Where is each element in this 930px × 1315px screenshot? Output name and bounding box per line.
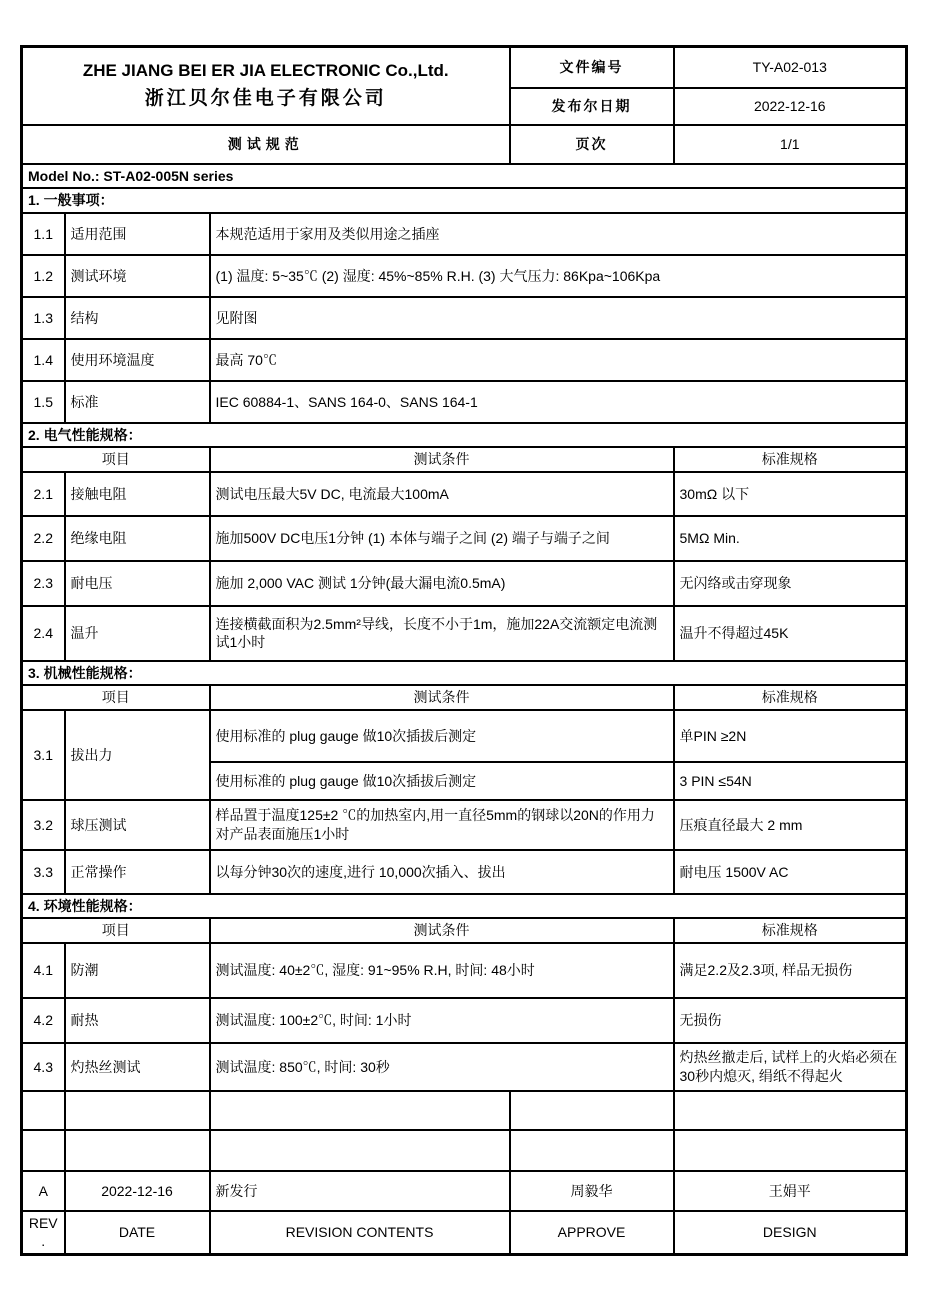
row-number: 2.3 xyxy=(22,561,65,606)
item-name: 防潮 xyxy=(65,943,210,998)
document-title: 测试规范 xyxy=(22,125,510,164)
section-4-title: 4. 环境性能规格： xyxy=(22,894,907,918)
row-number: 1.2 xyxy=(22,255,65,297)
table-row: 4.3 灼热丝测试 测试温度: 850℃, 时间: 30秒 灼热丝撤走后, 试样… xyxy=(22,1043,907,1091)
test-condition: 最高 70℃ xyxy=(210,339,907,381)
column-header-condition: 测试条件 xyxy=(210,918,674,942)
row-number: 2.1 xyxy=(22,472,65,516)
revision-contents: 新发行 xyxy=(210,1171,510,1211)
row-number: 3.1 xyxy=(22,710,65,800)
column-header-row: 项目 测试条件 标准规格 xyxy=(22,447,907,471)
standard-spec: 30mΩ 以下 xyxy=(674,472,907,516)
doc-number-label: 文件编号 xyxy=(510,47,674,88)
test-condition: 连接横截面积为2.5mm²导线，长度不小于1m，施加22A交流额定电流测试1小时 xyxy=(210,606,674,661)
approver-name: 周毅华 xyxy=(510,1171,674,1211)
test-condition: 测试温度: 100±2℃, 时间: 1小时 xyxy=(210,998,674,1043)
test-condition: 样品置于温度125±2 ℃的加热室内,用一直径5mm的钢球以20N的作用力对产品… xyxy=(210,800,674,850)
row-number: 4.3 xyxy=(22,1043,65,1091)
test-condition: (1) 温度: 5~35℃ (2) 湿度: 45%~85% R.H. (3) 大… xyxy=(210,255,907,297)
item-name: 球压测试 xyxy=(65,800,210,850)
test-condition: 使用标准的 plug gauge 做10次插拔后测定 xyxy=(210,710,674,762)
test-condition: 本规范适用于家用及类似用途之插座 xyxy=(210,213,907,255)
footer-label-row: REV. DATE REVISION CONTENTS APPROVE DESI… xyxy=(22,1211,907,1254)
test-condition: IEC 60884-1、SANS 164-0、SANS 164-1 xyxy=(210,381,907,423)
empty-cell xyxy=(210,1091,510,1130)
test-condition: 测试电压最大5V DC, 电流最大100mA xyxy=(210,472,674,516)
empty-cell xyxy=(674,1091,907,1130)
model-row: Model No.: ST-A02-005N series xyxy=(22,164,907,188)
table-row: 4.1 防潮 测试温度: 40±2℃, 湿度: 91~95% R.H, 时间: … xyxy=(22,943,907,998)
revision-contents-label: REVISION CONTENTS xyxy=(210,1211,510,1254)
company-name-cn: 浙江贝尔佳电子有限公司 xyxy=(28,86,504,111)
page-number-value: 1/1 xyxy=(674,125,907,164)
column-header-item: 项目 xyxy=(22,685,210,709)
revision-letter: A xyxy=(22,1171,65,1211)
row-number: 2.4 xyxy=(22,606,65,661)
document-page: ZHE JIANG BEI ER JIA ELECTRONIC Co.,Ltd.… xyxy=(0,0,930,1315)
empty-row xyxy=(22,1091,907,1130)
empty-cell xyxy=(22,1091,65,1130)
standard-spec: 无闪络或击穿现象 xyxy=(674,561,907,606)
column-header-item: 项目 xyxy=(22,918,210,942)
test-condition: 使用标准的 plug gauge 做10次插拔后测定 xyxy=(210,762,674,800)
table-row: 1.2 测试环境 (1) 温度: 5~35℃ (2) 湿度: 45%~85% R… xyxy=(22,255,907,297)
table-row: 1.4 使用环境温度 最高 70℃ xyxy=(22,339,907,381)
table-row: 2.2 绝缘电阻 施加500V DC电压1分钟 (1) 本体与端子之间 (2) … xyxy=(22,516,907,561)
column-header-condition: 测试条件 xyxy=(210,685,674,709)
section-1-title-row: 1. 一般事项： xyxy=(22,188,907,213)
table-row: 2.1 接触电阻 测试电压最大5V DC, 电流最大100mA 30mΩ 以下 xyxy=(22,472,907,516)
model-number: Model No.: ST-A02-005N series xyxy=(22,164,907,188)
section-3-title-row: 3. 机械性能规格： xyxy=(22,661,907,685)
standard-spec: 温升不得超过45K xyxy=(674,606,907,661)
row-number: 2.2 xyxy=(22,516,65,561)
empty-row xyxy=(22,1130,907,1171)
table-row: 3.2 球压测试 样品置于温度125±2 ℃的加热室内,用一直径5mm的钢球以2… xyxy=(22,800,907,850)
table-row: 4.2 耐热 测试温度: 100±2℃, 时间: 1小时 无损伤 xyxy=(22,998,907,1043)
standard-spec: 5MΩ Min. xyxy=(674,516,907,561)
revision-date: 2022-12-16 xyxy=(65,1171,210,1211)
standard-spec: 单PIN ≥2N xyxy=(674,710,907,762)
table-row: 3.1 拔出力 使用标准的 plug gauge 做10次插拔后测定 单PIN … xyxy=(22,710,907,762)
row-number: 1.5 xyxy=(22,381,65,423)
row-number: 4.1 xyxy=(22,943,65,998)
test-condition: 施加500V DC电压1分钟 (1) 本体与端子之间 (2) 端子与端子之间 xyxy=(210,516,674,561)
spec-table: ZHE JIANG BEI ER JIA ELECTRONIC Co.,Ltd.… xyxy=(20,45,908,1256)
item-name: 正常操作 xyxy=(65,850,210,894)
approve-label: APPROVE xyxy=(510,1211,674,1254)
rev-label: REV. xyxy=(22,1211,65,1254)
standard-spec: 3 PIN ≤54N xyxy=(674,762,907,800)
standard-spec: 耐电压 1500V AC xyxy=(674,850,907,894)
item-name: 测试环境 xyxy=(65,255,210,297)
doc-number-value: TY-A02-013 xyxy=(674,47,907,88)
column-header-spec: 标准规格 xyxy=(674,685,907,709)
empty-cell xyxy=(510,1091,674,1130)
item-name: 接触电阻 xyxy=(65,472,210,516)
company-name-en: ZHE JIANG BEI ER JIA ELECTRONIC Co.,Ltd. xyxy=(28,60,504,82)
row-number: 1.3 xyxy=(22,297,65,339)
empty-cell xyxy=(510,1130,674,1171)
item-name: 绝缘电阻 xyxy=(65,516,210,561)
table-row: 3.3 正常操作 以每分钟30次的速度,进行 10,000次插入、拔出 耐电压 … xyxy=(22,850,907,894)
section-4-title-row: 4. 环境性能规格： xyxy=(22,894,907,918)
item-name: 耐电压 xyxy=(65,561,210,606)
company-name-cell: ZHE JIANG BEI ER JIA ELECTRONIC Co.,Ltd.… xyxy=(22,47,510,125)
column-header-item: 项目 xyxy=(22,447,210,471)
empty-cell xyxy=(674,1130,907,1171)
column-header-condition: 测试条件 xyxy=(210,447,674,471)
test-condition: 施加 2,000 VAC 测试 1分钟(最大漏电流0.5mA) xyxy=(210,561,674,606)
page-number-label: 页次 xyxy=(510,125,674,164)
revision-row: A 2022-12-16 新发行 周毅华 王娟平 xyxy=(22,1171,907,1211)
test-condition: 测试温度: 850℃, 时间: 30秒 xyxy=(210,1043,674,1091)
section-2-title-row: 2. 电气性能规格： xyxy=(22,423,907,447)
table-row: 1.5 标准 IEC 60884-1、SANS 164-0、SANS 164-1 xyxy=(22,381,907,423)
column-header-spec: 标准规格 xyxy=(674,447,907,471)
section-1-title: 1. 一般事项： xyxy=(22,188,907,213)
table-row: 1.1 适用范围 本规范适用于家用及类似用途之插座 xyxy=(22,213,907,255)
item-name: 适用范围 xyxy=(65,213,210,255)
design-label: DESIGN xyxy=(674,1211,907,1254)
designer-name: 王娟平 xyxy=(674,1171,907,1211)
row-number: 3.3 xyxy=(22,850,65,894)
row-number: 4.2 xyxy=(22,998,65,1043)
empty-cell xyxy=(210,1130,510,1171)
test-condition: 见附图 xyxy=(210,297,907,339)
item-name: 温升 xyxy=(65,606,210,661)
item-name: 灼热丝测试 xyxy=(65,1043,210,1091)
standard-spec: 无损伤 xyxy=(674,998,907,1043)
title-row: 测试规范 页次 1/1 xyxy=(22,125,907,164)
standard-spec: 灼热丝撤走后, 试样上的火焰必须在30秒内熄灭, 绢纸不得起火 xyxy=(674,1043,907,1091)
column-header-row: 项目 测试条件 标准规格 xyxy=(22,685,907,709)
section-2-title: 2. 电气性能规格： xyxy=(22,423,907,447)
section-3-title: 3. 机械性能规格： xyxy=(22,661,907,685)
column-header-spec: 标准规格 xyxy=(674,918,907,942)
release-date-label: 发布尔日期 xyxy=(510,88,674,125)
item-name: 拔出力 xyxy=(65,710,210,800)
item-name: 结构 xyxy=(65,297,210,339)
standard-spec: 满足2.2及2.3项, 样品无损伤 xyxy=(674,943,907,998)
row-number: 1.4 xyxy=(22,339,65,381)
empty-cell xyxy=(65,1130,210,1171)
item-name: 标准 xyxy=(65,381,210,423)
test-condition: 测试温度: 40±2℃, 湿度: 91~95% R.H, 时间: 48小时 xyxy=(210,943,674,998)
table-row: 2.4 温升 连接横截面积为2.5mm²导线，长度不小于1m，施加22A交流额定… xyxy=(22,606,907,661)
item-name: 耐热 xyxy=(65,998,210,1043)
empty-cell xyxy=(65,1091,210,1130)
standard-spec: 压痕直径最大 2 mm xyxy=(674,800,907,850)
test-condition: 以每分钟30次的速度,进行 10,000次插入、拔出 xyxy=(210,850,674,894)
table-row: 1.3 结构 见附图 xyxy=(22,297,907,339)
table-row: 2.3 耐电压 施加 2,000 VAC 测试 1分钟(最大漏电流0.5mA) … xyxy=(22,561,907,606)
release-date-value: 2022-12-16 xyxy=(674,88,907,125)
row-number: 1.1 xyxy=(22,213,65,255)
date-label: DATE xyxy=(65,1211,210,1254)
row-number: 3.2 xyxy=(22,800,65,850)
column-header-row: 项目 测试条件 标准规格 xyxy=(22,918,907,942)
item-name: 使用环境温度 xyxy=(65,339,210,381)
header-row-1: ZHE JIANG BEI ER JIA ELECTRONIC Co.,Ltd.… xyxy=(22,47,907,88)
empty-cell xyxy=(22,1130,65,1171)
